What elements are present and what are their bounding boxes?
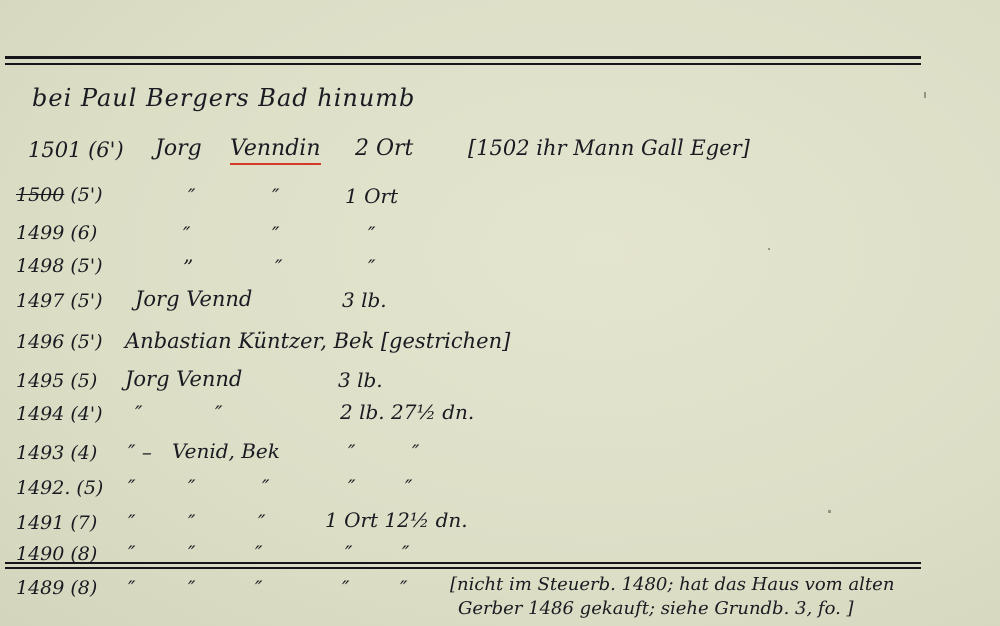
- entry-amount: 2 lb. 27½ dn.: [340, 400, 474, 424]
- top-double-rule-inner: [5, 63, 921, 65]
- ditto-mark: ″: [188, 184, 195, 208]
- ditto-mark: ″: [405, 475, 412, 499]
- entry-first-name: Jorg: [155, 136, 202, 161]
- entry-year: 1497 (5'): [16, 290, 103, 312]
- entry-year: 1500 (5'): [16, 184, 103, 206]
- ditto-mark: ″: [275, 255, 282, 279]
- entry-year: 1489 (8): [16, 577, 97, 599]
- paper-speck: [768, 248, 770, 250]
- entry-year-rest: (5'): [64, 184, 102, 206]
- entry-year: 1494 (4'): [16, 403, 103, 425]
- entry-year: 1493 (4): [16, 442, 97, 464]
- entry-note-line-2: Gerber 1486 gekauft; siehe Grundb. 3, fo…: [458, 598, 854, 619]
- ditto-mark: ″: [128, 475, 135, 499]
- entry-name: Jorg Vennd: [125, 367, 242, 391]
- entry-name: Jorg Vennd: [135, 287, 252, 311]
- ditto-mark: ″: [342, 576, 349, 600]
- entry-year: 1498 (5'): [16, 255, 103, 277]
- entry-year: 1492. (5): [16, 477, 103, 499]
- ditto-mark: ″: [128, 510, 135, 534]
- ditto-mark: ″: [272, 222, 279, 246]
- ditto-mark: ″: [188, 475, 195, 499]
- entry-amount: 1 Ort: [345, 184, 398, 208]
- entry-name: Venid, Bek: [172, 439, 280, 463]
- ditto-mark: ″: [368, 255, 375, 279]
- ditto-mark: ″: [128, 576, 135, 600]
- ditto-mark: ″: [258, 510, 265, 534]
- entry-year: 1496 (5'): [16, 331, 103, 353]
- ditto-mark: ″: [183, 222, 190, 246]
- entry-note: [1502 ihr Mann Gall Eger]: [468, 136, 750, 160]
- entry-amount: 3 lb.: [342, 288, 387, 312]
- entry-amount: 1 Ort 12½ dn.: [325, 508, 468, 532]
- entry-year: 1499 (6): [16, 222, 97, 244]
- ditto-mark: ″: [348, 440, 355, 464]
- entry-year: 1495 (5): [16, 370, 97, 392]
- bottom-double-rule-inner: [5, 567, 921, 569]
- paper-speck: [828, 510, 831, 513]
- entry-name: Anbastian Küntzer, Bek [gestrichen]: [125, 329, 510, 353]
- ditto-mark: ″: [272, 184, 279, 208]
- ditto-mark: ″ –: [128, 440, 152, 464]
- entry-amount: 2 Ort: [355, 136, 413, 161]
- ditto-mark: ″: [215, 401, 222, 425]
- bottom-double-rule: [5, 562, 921, 564]
- paper-speck: [924, 92, 926, 98]
- entry-amount: 3 lb.: [338, 368, 383, 392]
- ditto-mark: ″: [368, 222, 375, 246]
- entry-year: 1501 (6'): [28, 138, 124, 162]
- ditto-mark: ”: [183, 255, 193, 279]
- ditto-mark: ″: [348, 475, 355, 499]
- ditto-mark: ″: [412, 440, 419, 464]
- ditto-mark: ″: [135, 401, 142, 425]
- card-heading: bei Paul Bergers Bad hinumb: [32, 84, 415, 112]
- ditto-mark: ″: [188, 576, 195, 600]
- archive-index-card: bei Paul Bergers Bad hinumb 1501 (6') Jo…: [0, 0, 1000, 626]
- top-double-rule: [5, 56, 921, 59]
- ditto-mark: ″: [262, 475, 269, 499]
- entry-year: 1491 (7): [16, 512, 97, 534]
- ditto-mark: ″: [188, 510, 195, 534]
- entry-note-line-1: [nicht im Steuerb. 1480; hat das Haus vo…: [450, 574, 894, 595]
- ditto-mark: ″: [400, 576, 407, 600]
- ditto-mark: ″: [255, 576, 262, 600]
- entry-year-struck: 1500: [16, 184, 64, 206]
- entry-surname-underlined: Venndin: [230, 136, 321, 165]
